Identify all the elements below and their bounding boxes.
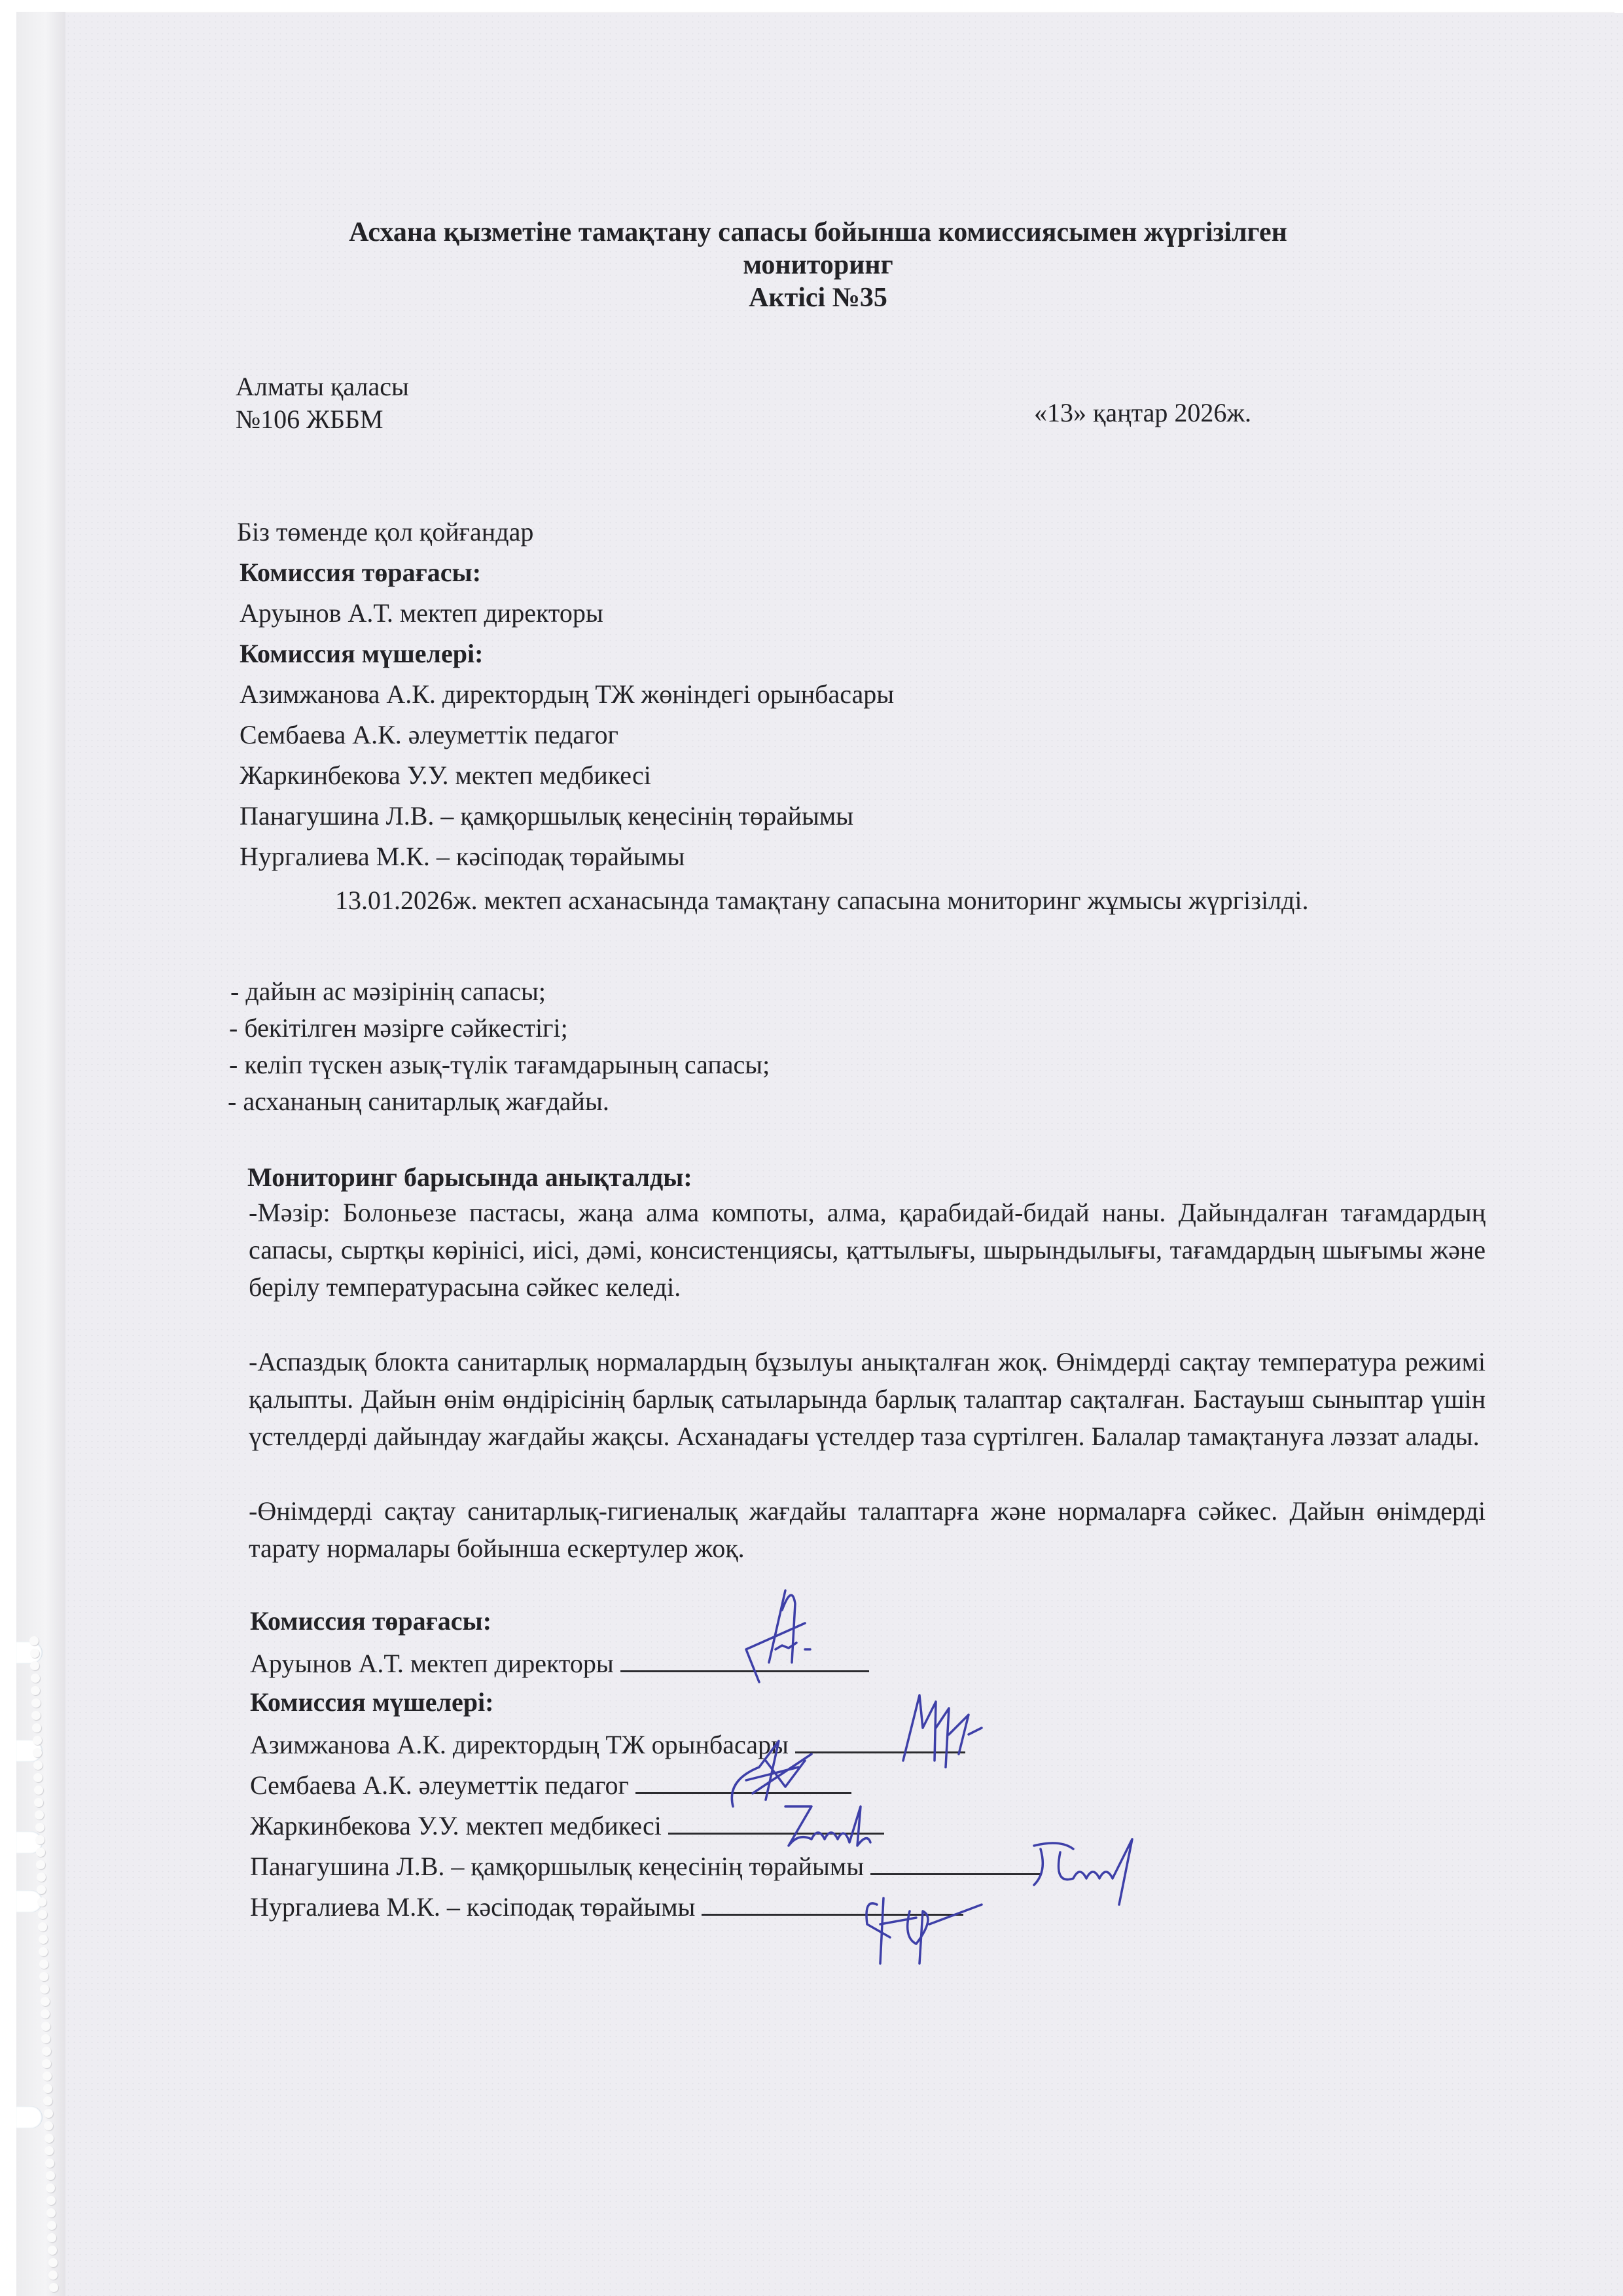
- signature-member-1: [897, 1689, 1067, 1780]
- perforation-dot: [49, 2283, 58, 2292]
- sign-chair-heading: Комиссия төрағасы:: [250, 1606, 491, 1636]
- perforation-dot: [41, 2009, 50, 2018]
- sign-members-heading: Комиссия мүшелері:: [250, 1687, 493, 1717]
- perforation-dot: [31, 1698, 41, 1708]
- perforation-dot: [37, 1897, 46, 1907]
- findings-heading: Мониторинг барысында анықталды:: [247, 1162, 692, 1193]
- document-page: [65, 13, 1623, 2296]
- perforation-dot: [35, 1835, 45, 1844]
- perforation-dot: [39, 1960, 48, 1969]
- perforation-dot: [47, 2221, 56, 2230]
- perforation-dot: [46, 2183, 55, 2193]
- perforation-dot: [35, 1810, 44, 1820]
- chair-heading: Комиссия төрағасы:: [240, 558, 481, 588]
- perforation-dot: [45, 2134, 54, 2143]
- title-line-1: Асхана қызметіне тамақтану сапасы бойынш…: [196, 216, 1440, 249]
- sign-member-row-4: Панагушина Л.В. – қамқоршылық кеңесінің …: [250, 1850, 1041, 1882]
- member-4: Панагушина Л.В. – қамқоршылық кеңесінің …: [240, 801, 853, 831]
- member-5: Нургалиева М.К. – кәсіподақ төрайымы: [240, 842, 685, 872]
- checklist-item-1: - дайын ас мәзірінің сапасы;: [230, 977, 546, 1007]
- sign-member-1-name: Азимжанова А.К. директордың ТЖ орынбасар…: [250, 1730, 789, 1759]
- perforation-dot: [36, 1848, 45, 1857]
- intro-text: Біз төменде қол қойғандар: [237, 517, 533, 547]
- perforation-dot: [30, 1649, 39, 1658]
- perforation-dot: [43, 2072, 52, 2081]
- signature-member-3: [772, 1793, 916, 1865]
- perforation-dot: [33, 1761, 43, 1770]
- perforation-dot: [41, 1997, 50, 2006]
- sign-member-5-name: Нургалиева М.К. – кәсіподақ төрайымы: [250, 1892, 695, 1922]
- perforation-dot: [33, 1736, 42, 1745]
- perforation-dot: [38, 1910, 47, 1919]
- perforation-dot: [44, 2109, 53, 2118]
- perforation-dot: [46, 2196, 56, 2205]
- member-1: Азимжанова А.К. директордың ТЖ жөніндегі…: [240, 679, 894, 709]
- finding-1: -Мәзір: Болоньезе пастасы, жаңа алма ком…: [249, 1194, 1486, 1306]
- perforation-dot: [32, 1723, 41, 1732]
- title-line-3: Актісі №35: [196, 281, 1440, 314]
- perforation-dot: [37, 1873, 46, 1882]
- perforation-dot: [38, 1922, 47, 1931]
- signature-chair: [720, 1584, 890, 1702]
- monitoring-statement: 13.01.2026ж. мектеп асханасында тамақтан…: [237, 880, 1480, 922]
- perforation-dot: [31, 1674, 40, 1683]
- perforation-dot: [48, 2246, 57, 2255]
- perforation-dot: [40, 1984, 49, 1994]
- checklist-item-2: - бекітілген мәзірге сәйкестігі;: [229, 1013, 568, 1043]
- school-name: №106 ЖББМ: [236, 404, 383, 435]
- member-3: Жаркинбекова У.У. мектеп медбикесі: [240, 761, 651, 791]
- city: Алматы қаласы: [236, 372, 409, 402]
- sign-member-2-name: Сембаева А.К. әлеуметтік педагог: [250, 1770, 629, 1800]
- members-heading: Комиссия мүшелері:: [240, 639, 483, 669]
- title-line-2: мониторинг: [196, 249, 1440, 281]
- perforation-dot: [46, 2171, 55, 2180]
- perforation-dot: [42, 2047, 51, 2056]
- perforation-dot: [48, 2258, 58, 2267]
- finding-2: -Аспаздық блокта санитарлық нормалардың …: [249, 1343, 1486, 1455]
- perforation-dot: [29, 1636, 39, 1645]
- perforation-dot: [41, 2022, 50, 2031]
- member-2: Сембаева А.К. әлеуметтік педагог: [240, 720, 618, 750]
- document-title: Асхана қызметіне тамақтану сапасы бойынш…: [196, 216, 1440, 314]
- checklist-item-3: - келіп түскен азық-түлік тағамдарының с…: [229, 1050, 770, 1080]
- perforation-dot: [43, 2084, 52, 2093]
- signature-member-5: [851, 1885, 1008, 1970]
- sign-member-3-name: Жаркинбекова У.У. мектеп медбикесі: [250, 1811, 662, 1840]
- chair-name: Аруынов А.Т. мектеп директоры: [240, 598, 603, 628]
- checklist-item-4: - асхананың санитарлық жағдайы.: [228, 1086, 609, 1117]
- sign-chair-name: Аруынов А.Т. мектеп директоры: [250, 1649, 614, 1678]
- perforation-dot: [43, 2096, 52, 2106]
- perforation-dot: [35, 1823, 45, 1832]
- perforation-dot: [34, 1785, 43, 1795]
- signature-member-4: [1021, 1833, 1191, 1911]
- perforation-dot: [39, 1935, 48, 1944]
- document-date: «13» қаңтар 2026ж.: [1034, 398, 1251, 428]
- punch-hole: [16, 2106, 43, 2128]
- finding-3: -Өнімдерді сақтау санитарлық-гигиеналық …: [249, 1492, 1486, 1567]
- perforation-dot: [45, 2159, 54, 2168]
- perforation-dot: [48, 2270, 58, 2280]
